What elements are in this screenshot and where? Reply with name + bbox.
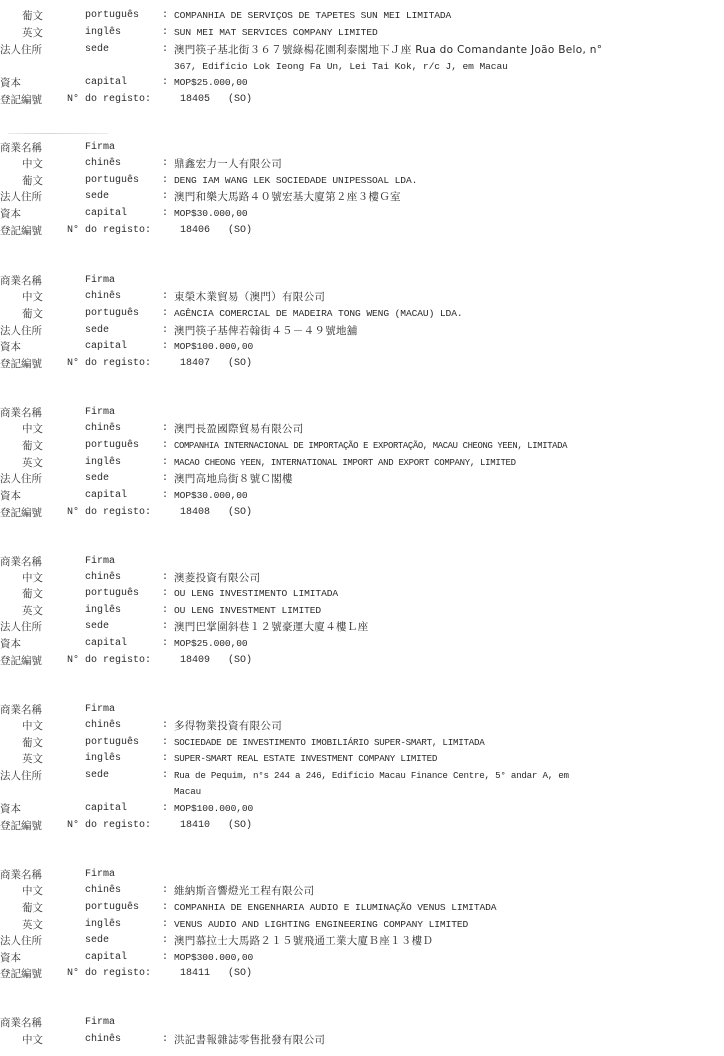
- colon: :: [162, 206, 168, 222]
- label-zh: 資本: [0, 950, 80, 966]
- value-sede: 澳門高地烏街８號Ｃ閣樓: [174, 471, 293, 487]
- label-pt: capital: [85, 950, 127, 966]
- label-pt: sede: [85, 42, 109, 58]
- colon: :: [162, 619, 168, 635]
- value-sede: 澳門巴掌圍斜巷１２號豪運大廈４樓Ｌ座: [174, 619, 368, 635]
- colon: :: [162, 421, 168, 437]
- value-chines: 多得物業投資有限公司: [174, 718, 282, 734]
- colon: :: [162, 323, 168, 339]
- colon: :: [162, 636, 168, 652]
- label-pt: chinês: [85, 1032, 121, 1048]
- value-portugues: OU LENG INVESTIMENTO LIMITADA: [174, 586, 338, 602]
- label-zh: 資本: [0, 801, 80, 817]
- label-pt: sede: [85, 619, 109, 635]
- label-pt: inglês: [85, 455, 121, 471]
- colon: :: [162, 75, 168, 91]
- label-zh: 商業名稱: [0, 554, 80, 570]
- label-zh: 法人住所: [0, 619, 80, 635]
- colon: :: [162, 189, 168, 205]
- label-pt: Firma: [85, 867, 115, 883]
- label-pt: português: [85, 306, 139, 322]
- label-zh: 資本: [0, 339, 80, 355]
- value-capital: MOP$30.000,00: [174, 206, 248, 222]
- label-zh: 法人住所: [0, 323, 80, 339]
- label-pt: N° do registo:: [67, 223, 151, 239]
- value-sede: 澳門筷子基俾若翰街４５－４９號地舖: [174, 323, 358, 339]
- label-zh: 登記編號: [0, 653, 42, 669]
- label-pt: chinês: [85, 718, 121, 734]
- value-sede: Rua de Pequim, n°s 244 a 246, Edifício M…: [174, 768, 569, 784]
- label-pt: capital: [85, 206, 127, 222]
- label-pt: inglês: [85, 25, 121, 41]
- value-tag: (SO): [228, 653, 252, 669]
- label-zh: 商業名稱: [0, 867, 80, 883]
- label-zh: 商業名稱: [0, 140, 80, 156]
- colon: :: [162, 751, 168, 767]
- label-pt: capital: [85, 339, 127, 355]
- label-zh: 登記編號: [0, 818, 42, 834]
- colon: :: [162, 306, 168, 322]
- label-pt: N° do registo:: [67, 505, 151, 521]
- value-registo: 18411: [180, 966, 210, 982]
- label-pt: Firma: [85, 702, 115, 718]
- value-registo: 18410: [180, 818, 210, 834]
- label-zh: 商業名稱: [0, 702, 80, 718]
- label-zh: 法人住所: [0, 768, 80, 784]
- label-pt: português: [85, 8, 139, 24]
- value-registo: 18407: [180, 356, 210, 372]
- value-tag: (SO): [228, 223, 252, 239]
- label-pt: português: [85, 173, 139, 189]
- colon: :: [162, 1032, 168, 1048]
- label-pt: chinês: [85, 289, 121, 305]
- label-pt: Firma: [85, 554, 115, 570]
- value-portugues: COMPANHIA INTERNACIONAL DE IMPORTAÇÃO E …: [174, 438, 567, 454]
- colon: :: [162, 455, 168, 471]
- colon: :: [162, 801, 168, 817]
- colon: :: [162, 173, 168, 189]
- label-pt: capital: [85, 75, 127, 91]
- label-zh: 登記編號: [0, 505, 42, 521]
- value-capital: MOP$25.000,00: [174, 75, 248, 91]
- label-pt: sede: [85, 933, 109, 949]
- label-pt: capital: [85, 488, 127, 504]
- value-tag: (SO): [228, 92, 252, 108]
- value-tag: (SO): [228, 818, 252, 834]
- colon: :: [162, 718, 168, 734]
- label-zh: 資本: [0, 636, 80, 652]
- colon: :: [162, 339, 168, 355]
- colon: :: [162, 8, 168, 24]
- colon: :: [162, 603, 168, 619]
- value-chines: 東榮木業貿易（澳門）有限公司: [174, 289, 325, 305]
- colon: :: [162, 488, 168, 504]
- colon: :: [162, 950, 168, 966]
- label-zh: 登記編號: [0, 92, 42, 108]
- colon: :: [162, 768, 168, 784]
- value-chines: 澳門長盈國際貿易有限公司: [174, 421, 304, 437]
- label-pt: N° do registo:: [67, 966, 151, 982]
- label-pt: capital: [85, 636, 127, 652]
- label-pt: N° do registo:: [67, 92, 151, 108]
- colon: :: [162, 933, 168, 949]
- colon: :: [162, 917, 168, 933]
- label-zh: 商業名稱: [0, 405, 80, 421]
- value-capital: MOP$100.000,00: [174, 801, 253, 817]
- label-pt: chinês: [85, 883, 121, 899]
- label-pt: inglês: [85, 917, 121, 933]
- value-registo: 18409: [180, 653, 210, 669]
- label-zh: 法人住所: [0, 933, 80, 949]
- label-pt: Firma: [85, 273, 115, 289]
- value-capital: MOP$30.000,00: [174, 488, 248, 504]
- colon: :: [162, 156, 168, 172]
- colon: :: [162, 735, 168, 751]
- value-ingles: SUN MEI MAT SERVICES COMPANY LIMITED: [174, 25, 378, 41]
- value-sede: 澳門筷子基北街３６７號綠楊花園利泰閣地下Ｊ座 Rua do Comandante…: [174, 42, 602, 58]
- colon: :: [162, 900, 168, 916]
- value-chines: 洪記書報雜誌零售批發有限公司: [174, 1032, 325, 1048]
- value-tag: (SO): [228, 505, 252, 521]
- label-pt: sede: [85, 189, 109, 205]
- label-pt: inglês: [85, 603, 121, 619]
- value-capital: MOP$300.000,00: [174, 950, 253, 966]
- label-zh: 商業名稱: [0, 273, 80, 289]
- label-pt: português: [85, 735, 139, 751]
- label-zh: 法人住所: [0, 189, 80, 205]
- gazette-page: 葡文 português : COMPANHIA DE SERVIÇOS DE …: [0, 0, 724, 1056]
- value-ingles: MACAO CHEONG YEEN, INTERNATIONAL IMPORT …: [174, 455, 516, 471]
- value-registo: 18406: [180, 223, 210, 239]
- value-registo: 18405: [180, 92, 210, 108]
- label-zh: 商業名稱: [0, 1015, 80, 1031]
- label-pt: Firma: [85, 1015, 115, 1031]
- value-chines: 澳菱投資有限公司: [174, 570, 260, 586]
- value-sede: 澳門慕拉士大馬路２１５號飛通工業大廈Ｂ座１３樓Ｄ: [174, 933, 433, 949]
- colon: :: [162, 289, 168, 305]
- label-pt: chinês: [85, 421, 121, 437]
- value-portugues: SOCIEDADE DE INVESTIMENTO IMOBILIÁRIO SU…: [174, 735, 485, 751]
- label-pt: Firma: [85, 140, 115, 156]
- label-pt: chinês: [85, 156, 121, 172]
- label-pt: sede: [85, 768, 109, 784]
- colon: :: [162, 586, 168, 602]
- value-tag: (SO): [228, 966, 252, 982]
- colon: :: [162, 883, 168, 899]
- value-registo: 18408: [180, 505, 210, 521]
- label-pt: português: [85, 586, 139, 602]
- value-ingles: SUPER-SMART REAL ESTATE INVESTMENT COMPA…: [174, 751, 437, 767]
- colon: :: [162, 438, 168, 454]
- label-pt: inglês: [85, 751, 121, 767]
- label-pt: N° do registo:: [67, 818, 151, 834]
- value-ingles: OU LENG INVESTMENT LIMITED: [174, 603, 321, 619]
- value-portugues: AGÊNCIA COMERCIAL DE MADEIRA TONG WENG (…: [174, 306, 463, 322]
- value-capital: MOP$100.000,00: [174, 339, 253, 355]
- value-tag: (SO): [228, 356, 252, 372]
- label-pt: N° do registo:: [67, 356, 151, 372]
- label-pt: N° do registo:: [67, 653, 151, 669]
- label-pt: capital: [85, 801, 127, 817]
- value-portugues: COMPANHIA DE SERVIÇOS DE TAPETES SUN MEI…: [174, 8, 451, 24]
- label-zh: 資本: [0, 206, 80, 222]
- label-zh: 登記編號: [0, 223, 42, 239]
- colon: :: [162, 471, 168, 487]
- colon: :: [162, 570, 168, 586]
- label-zh: 法人住所: [0, 471, 80, 487]
- value-portugues: DENG IAM WANG LEK SOCIEDADE UNIPESSOAL L…: [174, 173, 417, 189]
- scan-artifact: [8, 133, 108, 134]
- label-pt: sede: [85, 471, 109, 487]
- value-capital: MOP$25.000,00: [174, 636, 248, 652]
- label-zh: 法人住所: [0, 42, 80, 58]
- label-pt: sede: [85, 323, 109, 339]
- value-portugues: COMPANHIA DE ENGENHARIA AUDIO E ILUMINAÇ…: [174, 900, 496, 916]
- colon: :: [162, 42, 168, 58]
- value-sede-cont: 367, Edifício Lok Ieong Fa Un, Lei Tai K…: [174, 59, 508, 75]
- value-sede: 澳門和樂大馬路４０號宏基大廈第２座３樓Ｇ室: [174, 189, 401, 205]
- label-zh: 資本: [0, 488, 80, 504]
- value-chines: 維納斯音響燈光工程有限公司: [174, 883, 314, 899]
- label-zh: 登記編號: [0, 966, 42, 982]
- value-chines: 鼎鑫宏力一人有限公司: [174, 156, 282, 172]
- label-zh: 資本: [0, 75, 80, 91]
- label-zh: 登記編號: [0, 356, 42, 372]
- label-pt: chinês: [85, 570, 121, 586]
- colon: :: [162, 25, 168, 41]
- label-pt: português: [85, 900, 139, 916]
- label-pt: português: [85, 438, 139, 454]
- value-sede-cont: Macau: [174, 784, 201, 800]
- value-ingles: VENUS AUDIO AND LIGHTING ENGINEERING COM…: [174, 917, 468, 933]
- label-pt: Firma: [85, 405, 115, 421]
